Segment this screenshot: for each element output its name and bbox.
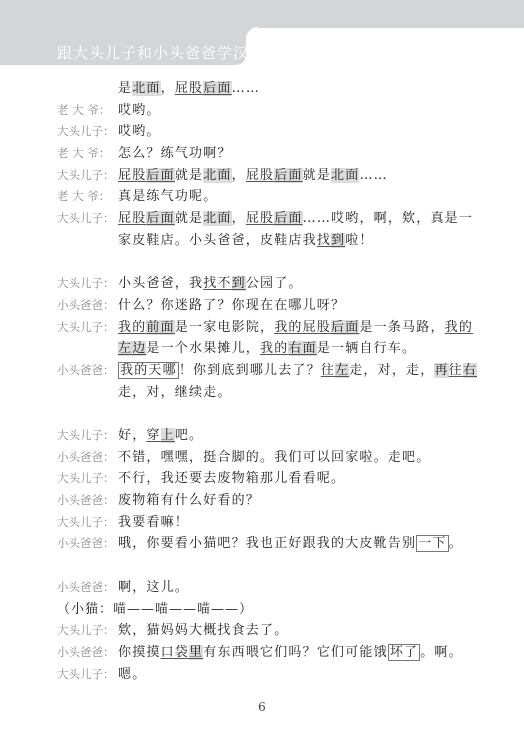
header-banner: [0, 0, 524, 28]
dialogue-line: 小头爸爸： 不错，嘿嘿，挺合脚的。我们可以回家啦。走吧。: [57, 447, 487, 469]
speaker-label: 大头儿子：: [57, 664, 115, 686]
dialogue-line: 大头儿子： 我要看嘛！: [57, 512, 487, 534]
dialogue-line: 老 大 爷： 哎哟。: [57, 100, 487, 122]
speaker-label: 大头儿子：: [57, 273, 115, 295]
dialogue-line: 小头爸爸： 什么？你迷路了？你现在在哪儿呀？: [57, 295, 487, 317]
header-tab-notch: [246, 27, 258, 39]
dialogue-line: 小头爸爸： 废物箱有什么好看的？: [57, 490, 487, 512]
speech: 我要看嘛！: [118, 512, 189, 534]
speaker-label: 老 大 爷：: [57, 143, 115, 165]
speech: 哎哟。: [118, 121, 161, 143]
section-gap: [57, 555, 487, 577]
dialogue-line: 家皮鞋店。小头爸爸，皮鞋店我找到啦！: [57, 230, 487, 252]
speech: 不错，嘿嘿，挺合脚的。我们可以回家啦。走吧。: [118, 447, 430, 469]
speaker-label: 小头爸爸：: [57, 490, 115, 512]
speech: 走，对，继续走。: [118, 382, 232, 404]
dialogue-line: 老 大 爷： 怎么？练气功啊？: [57, 143, 487, 165]
speech: 是北面，屁股后面……: [118, 78, 260, 100]
speaker-label: 老 大 爷：: [57, 100, 115, 122]
speaker-label: 大头儿子：: [57, 468, 115, 490]
speech: 废物箱有什么好看的？: [118, 490, 260, 512]
speech: 小头爸爸，我找不到公园了。: [118, 273, 303, 295]
dialogue-line: （小猫：喵——喵——喵——）: [57, 599, 487, 621]
speaker-label: 小头爸爸：: [57, 533, 115, 555]
speaker-label: 小头爸爸：: [57, 642, 115, 664]
speaker-label: 小头爸爸：: [57, 577, 115, 599]
speech: 我的前面是一家电影院，我的屁股后面是一条马路，我的: [118, 317, 473, 339]
speech: 哦，你要看小猫吧？我也正好跟我的大皮靴告别一下。: [118, 533, 463, 555]
dialogue-line: 小头爸爸： 哦，你要看小猫吧？我也正好跟我的大皮靴告别一下。: [57, 533, 487, 555]
dialogue-line: 小头爸爸： 我的天哪！你到底到哪儿去了？往左走，对，走，再往右: [57, 360, 487, 382]
speech: 真是练气功呢。: [118, 186, 217, 208]
dialogue-line: 老 大 爷： 真是练气功呢。: [57, 186, 487, 208]
speaker-label: 大头儿子：: [57, 425, 115, 447]
speech: 什么？你迷路了？你现在在哪儿呀？: [118, 295, 345, 317]
speech: 哎哟。: [118, 100, 161, 122]
speaker-label: 大头儿子：: [57, 317, 115, 339]
speaker-label: 大头儿子：: [57, 620, 115, 642]
speech: 嗯。: [118, 664, 146, 686]
dialogue-line: 大头儿子： 不行，我还要去废物箱那儿看看呢。: [57, 468, 487, 490]
speech: 欸，猫妈妈大概找食去了。: [118, 620, 288, 642]
speech: 左边是一个水果摊儿，我的右面是一辆自行车。: [118, 338, 416, 360]
dialogue-content: 是北面，屁股后面…… 老 大 爷： 哎哟。 大头儿子： 哎哟。 老 大 爷： 怎…: [57, 78, 487, 685]
dialogue-line: 大头儿子： 屁股后面就是北面，屁股后面……哎哟，啊，欸，真是一: [57, 208, 487, 230]
speech: 我的天哪！你到底到哪儿去了？往左走，对，走，再往右: [118, 360, 477, 382]
speech: 屁股后面就是北面，屁股后面……哎哟，啊，欸，真是一: [118, 208, 473, 230]
section-gap: [57, 252, 487, 274]
page-number: 6: [0, 700, 524, 714]
dialogue-line: 大头儿子： 我的前面是一家电影院，我的屁股后面是一条马路，我的: [57, 317, 487, 339]
speech: 屁股后面就是北面，屁股后面就是北面……: [118, 165, 388, 187]
dialogue-line: 小头爸爸： 你摸摸口袋里有东西喂它们吗？它们可能饿坏了。啊。: [57, 642, 487, 664]
book-title: 跟大头儿子和小头爸爸学汉语: [57, 42, 265, 63]
stage-direction: （小猫：喵——喵——喵——）: [57, 599, 253, 621]
speaker-label: 大头儿子：: [57, 208, 115, 230]
dialogue-line: 小头爸爸： 啊，这儿。: [57, 577, 487, 599]
speaker-label: 小头爸爸：: [57, 447, 115, 469]
speaker-label: 大头儿子：: [57, 165, 115, 187]
section-gap: [57, 403, 487, 425]
speech: 好，穿上吧。: [118, 425, 203, 447]
dialogue-line: 大头儿子： 小头爸爸，我找不到公园了。: [57, 273, 487, 295]
speech: 你摸摸口袋里有东西喂它们吗？它们可能饿坏了。啊。: [118, 642, 463, 664]
dialogue-line: 大头儿子： 哎哟。: [57, 121, 487, 143]
dialogue-line: 左边是一个水果摊儿，我的右面是一辆自行车。: [57, 338, 487, 360]
dialogue-line: 是北面，屁股后面……: [57, 78, 487, 100]
speaker-label: 小头爸爸：: [57, 360, 115, 382]
speech: 家皮鞋店。小头爸爸，皮鞋店我找到啦！: [118, 230, 374, 252]
dialogue-line: 走，对，继续走。: [57, 382, 487, 404]
dialogue-line: 大头儿子： 屁股后面就是北面，屁股后面就是北面……: [57, 165, 487, 187]
speech: 啊，这儿。: [118, 577, 189, 599]
dialogue-line: 大头儿子： 欸，猫妈妈大概找食去了。: [57, 620, 487, 642]
speaker-label: 大头儿子：: [57, 121, 115, 143]
speech: 怎么？练气功啊？: [118, 143, 232, 165]
speaker-label: 小头爸爸：: [57, 295, 115, 317]
dialogue-line: 大头儿子： 好，穿上吧。: [57, 425, 487, 447]
speaker-label: 老 大 爷：: [57, 186, 115, 208]
speaker-label: 大头儿子：: [57, 512, 115, 534]
dialogue-line: 大头儿子： 嗯。: [57, 664, 487, 686]
speech: 不行，我还要去废物箱那儿看看呢。: [118, 468, 345, 490]
